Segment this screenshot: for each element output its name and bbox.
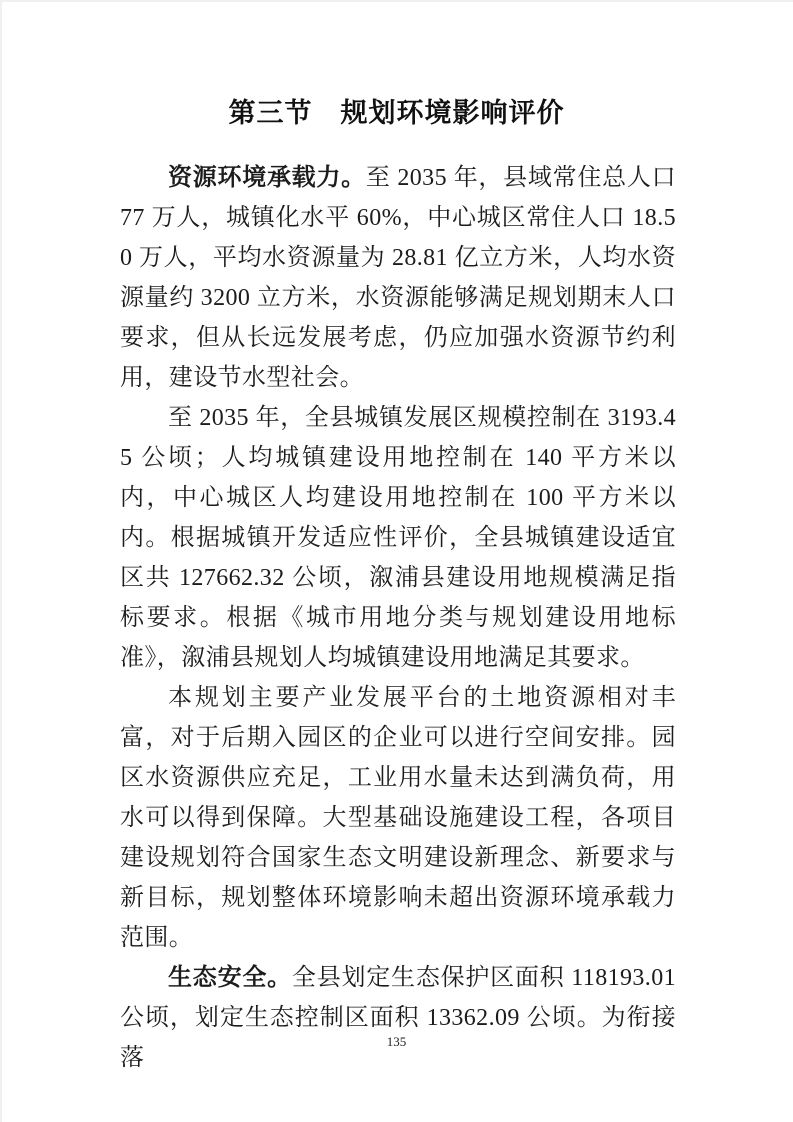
paragraph-lead-resource-capacity: 资源环境承载力。: [168, 165, 366, 191]
paragraph-industry-platform: 本规划主要产业发展平台的土地资源相对丰富，对于后期入园区的企业可以进行空间安排。…: [120, 678, 676, 958]
paragraph-text-industry-platform: 本规划主要产业发展平台的土地资源相对丰富，对于后期入园区的企业可以进行空间安排。…: [120, 685, 676, 951]
paragraph-text-urban-land-scale: 至 2035 年，全县城镇发展区规模控制在 3193.45 公顷；人均城镇建设用…: [120, 405, 676, 671]
document-page: 第三节 规划环境影响评价 资源环境承载力。至 2035 年，县域常住总人口 77…: [0, 0, 793, 1122]
paragraph-ecological-safety: 生态安全。全县划定生态保护区面积 118193.01 公顷，划定生态控制区面积 …: [120, 958, 676, 1078]
page-number: 135: [0, 1034, 793, 1050]
paragraph-text-resource-capacity: 至 2035 年，县域常住总人口 77 万人，城镇化水平 60%，中心城区常住人…: [120, 165, 676, 391]
paragraph-resource-capacity: 资源环境承载力。至 2035 年，县域常住总人口 77 万人，城镇化水平 60%…: [120, 158, 676, 398]
paragraph-lead-ecological-safety: 生态安全。: [168, 965, 292, 991]
section-title: 第三节 规划环境影响评价: [0, 0, 793, 131]
paragraph-urban-land-scale: 至 2035 年，全县城镇发展区规模控制在 3193.45 公顷；人均城镇建设用…: [120, 398, 676, 678]
document-body: 资源环境承载力。至 2035 年，县域常住总人口 77 万人，城镇化水平 60%…: [120, 158, 676, 1078]
